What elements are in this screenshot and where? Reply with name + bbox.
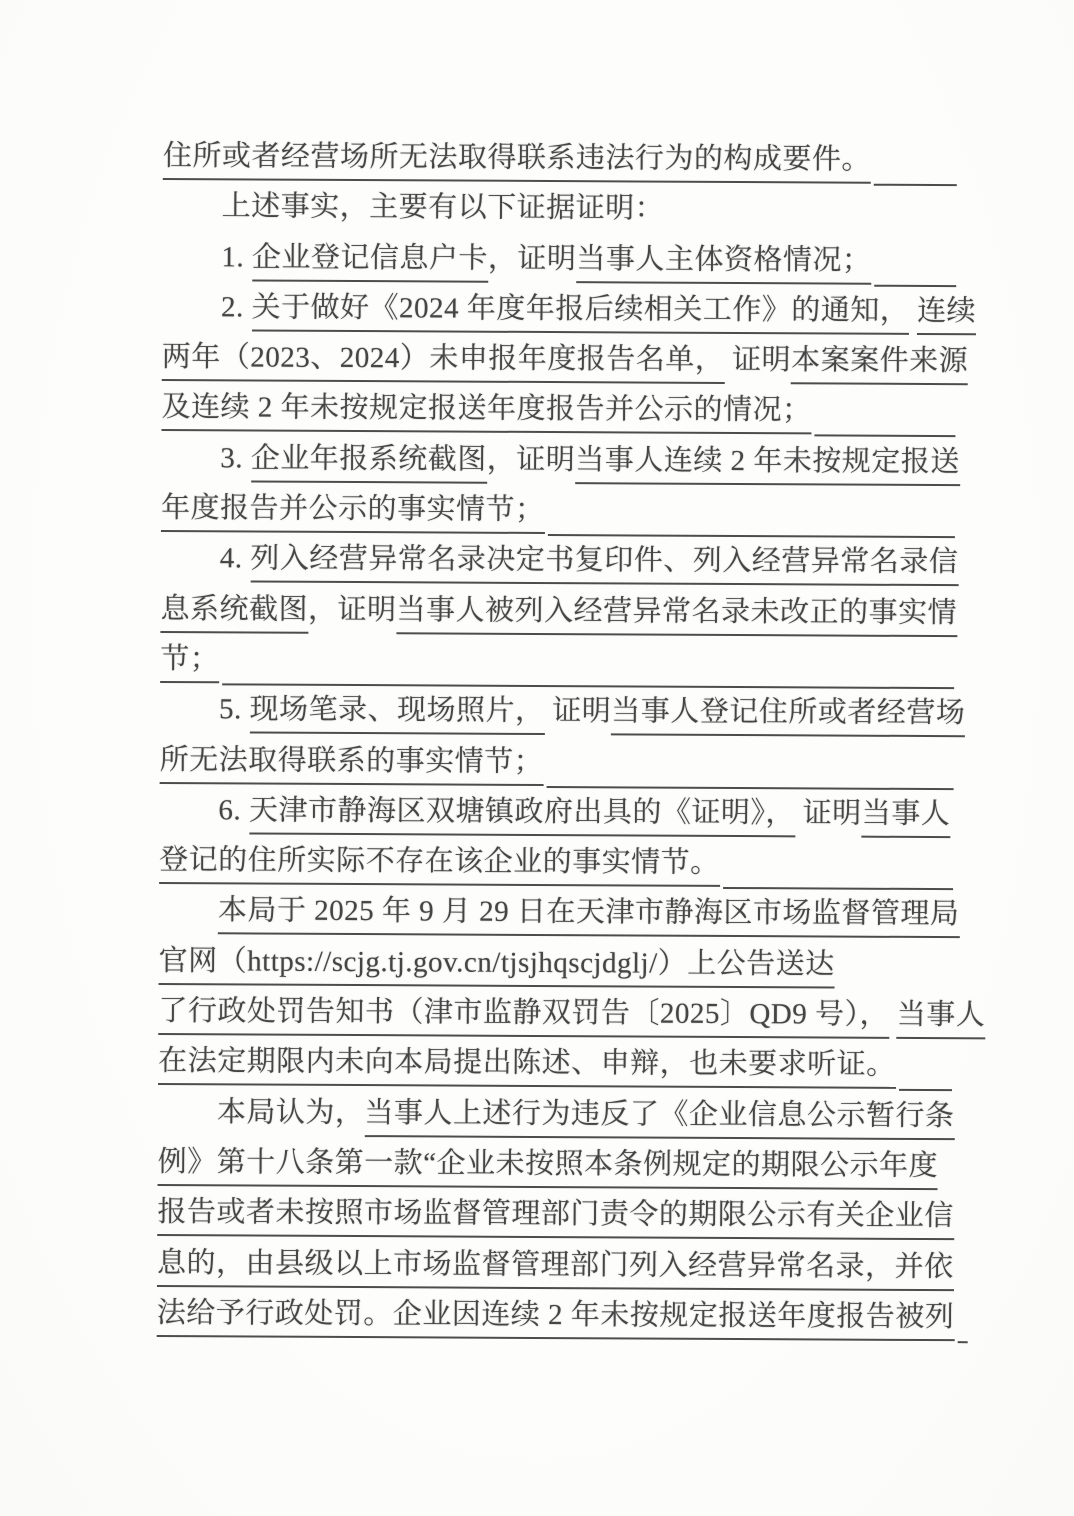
text-line: 官网（https://scjg.tj.gov.cn/tjsjhqscjdglj/… bbox=[159, 941, 953, 995]
underlined-text-segment: 年度报告并公示的事实情节； bbox=[161, 488, 545, 534]
text-segment bbox=[889, 995, 897, 1035]
underline-extension bbox=[874, 140, 957, 186]
document-text: 住所或者经营场所无法取得联系违法行为的构成要件。上述事实，主要有以下证据证明：1… bbox=[157, 136, 957, 1347]
text-line: 1. 企业登记信息户卡，证明当事人主体资格情况； bbox=[162, 237, 956, 291]
text-segment: ，证明 bbox=[487, 439, 576, 479]
text-segment: 4. bbox=[220, 539, 251, 579]
underlined-text-segment: 本局于 2025 年 9 月 29 日在天津市静海区市场监督管理局 bbox=[218, 891, 960, 939]
underline-extension bbox=[957, 1297, 967, 1343]
text-line: 两年（2023、2024）未申报年度报告名单， 证明本案案件来源 bbox=[162, 337, 956, 391]
text-segment: 6. bbox=[218, 790, 249, 830]
text-segment bbox=[909, 291, 917, 331]
text-segment: 本局认为， bbox=[217, 1092, 365, 1133]
text-line: 4. 列入经营异常名录决定书复印件、列入经营异常名录信 bbox=[161, 538, 955, 592]
text-line: 6. 天津市静海区双塘镇政府出具的《证明》， 证明当事人 bbox=[159, 790, 953, 844]
text-segment: 证明 bbox=[724, 340, 791, 380]
underline-extension bbox=[222, 639, 954, 689]
text-segment: ，证明 bbox=[308, 589, 397, 629]
underlined-text-segment: 节； bbox=[160, 639, 219, 683]
underlined-text-segment: 天津市静海区双塘镇政府出具的《证明》， bbox=[249, 790, 795, 837]
underlined-text-segment: 官网（https://scjg.tj.gov.cn/tjsjhqscjdglj/… bbox=[159, 941, 835, 989]
text-line: 法给予行政处罚。企业因连续 2 年未按规定报送年度报告被列 bbox=[157, 1293, 951, 1347]
underlined-text-segment: 企业年报系统截图 bbox=[251, 438, 487, 483]
underlined-text-segment: 当事人 bbox=[897, 995, 986, 1039]
text-segment: 1. bbox=[221, 237, 252, 277]
underline-extension bbox=[874, 240, 956, 286]
text-line: 3. 企业年报系统截图，证明当事人连续 2 年未按规定报送 bbox=[161, 438, 955, 492]
underline-extension bbox=[547, 490, 955, 538]
text-line: 上述事实，主要有以下证据证明： bbox=[162, 186, 956, 240]
text-line: 登记的住所实际不存在该企业的事实情节。 bbox=[159, 840, 953, 894]
underlined-text-segment: 当事人登记住所或者经营场 bbox=[611, 692, 965, 738]
text-line: 年度报告并公示的事实情节； bbox=[161, 488, 955, 542]
underlined-text-segment: 连续 bbox=[917, 291, 976, 335]
text-segment: 5. bbox=[219, 690, 250, 730]
underlined-text-segment: 息的，由县级以上市场监督管理部门列入经营异常名录，并依 bbox=[157, 1243, 954, 1291]
text-line: 本局于 2025 年 9 月 29 日在天津市静海区市场监督管理局 bbox=[159, 890, 953, 944]
underlined-text-segment: 本案案件来源 bbox=[791, 340, 968, 385]
underlined-text-segment: 现场笔录、现场照片， bbox=[249, 690, 544, 736]
text-line: 本局认为，当事人上述行为违反了《企业信息公示暂行条 bbox=[158, 1092, 952, 1146]
text-line: 及连续 2 年未按规定报送年度报告并公示的情况； bbox=[161, 387, 955, 441]
underlined-text-segment: 当事人被列入经营异常名录未改正的事实情 bbox=[396, 590, 957, 637]
underlined-text-segment: 企业登记信息户卡 bbox=[252, 237, 488, 282]
text-line: 所无法取得联系的事实情节； bbox=[160, 740, 954, 794]
underline-extension bbox=[814, 391, 955, 438]
text-line: 报告或者未按照市场监督管理部门责令的期限公示有关企业信 bbox=[157, 1192, 951, 1246]
underlined-text-segment: 报告或者未按照市场监督管理部门责令的期限公示有关企业信 bbox=[157, 1192, 954, 1240]
underlined-text-segment: 息系统截图 bbox=[160, 589, 308, 634]
text-segment: 上述事实，主要有以下证据证明： bbox=[222, 187, 665, 229]
text-line: 住所或者经营场所无法取得联系违法行为的构成要件。 bbox=[163, 136, 957, 190]
underline-extension bbox=[723, 843, 954, 890]
text-line: 息系统截图，证明当事人被列入经营异常名录未改正的事实情 bbox=[160, 589, 954, 643]
underlined-text-segment: 在法定期限内未向本局提出陈述、申辩，也未要求听证。 bbox=[158, 1041, 896, 1089]
underlined-text-segment: 登记的住所实际不存在该企业的事实情节。 bbox=[159, 840, 720, 887]
text-segment: 证明 bbox=[544, 691, 611, 731]
underlined-text-segment: 列入经营异常名录决定书复印件、列入经营异常名录信 bbox=[250, 539, 958, 587]
text-line: 了行政处罚告知书（津市监静双罚告〔2025〕QD9 号）， 当事人 bbox=[158, 991, 952, 1045]
text-segment: 2. bbox=[221, 287, 252, 327]
document-page: 住所或者经营场所无法取得联系违法行为的构成要件。上述事实，主要有以下证据证明：1… bbox=[0, 0, 1074, 1516]
text-line: 例》第十八条第一款“企业未按照本条例规定的期限公示年度 bbox=[157, 1142, 951, 1196]
underline-extension bbox=[899, 1045, 953, 1091]
underlined-text-segment: 例》第十八条第一款“企业未按照本条例规定的期限公示年度 bbox=[158, 1142, 939, 1190]
text-line: 在法定期限内未向本局提出陈述、申辩，也未要求听证。 bbox=[158, 1041, 952, 1095]
text-segment: ，证明 bbox=[488, 238, 577, 278]
underlined-text-segment: 当事人主体资格情况； bbox=[576, 239, 871, 285]
text-line: 2. 关于做好《2024 年度年报后续相关工作》的通知， 连续 bbox=[162, 287, 956, 341]
underline-extension bbox=[546, 742, 954, 790]
underlined-text-segment: 两年（2023、2024）未申报年度报告名单， bbox=[162, 337, 725, 384]
text-segment: 3. bbox=[220, 438, 251, 478]
text-line: 5. 现场笔录、现场照片， 证明当事人登记住所或者经营场 bbox=[160, 689, 954, 743]
underlined-text-segment: 关于做好《2024 年度年报后续相关工作》的通知， bbox=[251, 287, 909, 334]
underlined-text-segment: 了行政处罚告知书（津市监静双罚告〔2025〕QD9 号）， bbox=[158, 991, 889, 1039]
underlined-text-segment: 法给予行政处罚。企业因连续 2 年未按规定报送年度报告被列 bbox=[157, 1293, 955, 1341]
underlined-text-segment: 当事人连续 2 年未按规定报送 bbox=[575, 440, 960, 486]
underlined-text-segment: 住所或者经营场所无法取得联系违法行为的构成要件。 bbox=[163, 136, 871, 184]
underlined-text-segment: 及连续 2 年未按规定报送年度报告并公示的情况； bbox=[161, 387, 811, 434]
underlined-text-segment: 当事人上述行为违反了《企业信息公示暂行条 bbox=[364, 1093, 954, 1140]
text-line: 节； bbox=[160, 639, 954, 693]
text-line: 息的，由县级以上市场监督管理部门列入经营异常名录，并依 bbox=[157, 1243, 951, 1297]
underlined-text-segment: 所无法取得联系的事实情节； bbox=[160, 740, 544, 786]
text-segment: 证明 bbox=[795, 793, 862, 833]
underlined-text-segment: 当事人 bbox=[862, 794, 951, 838]
